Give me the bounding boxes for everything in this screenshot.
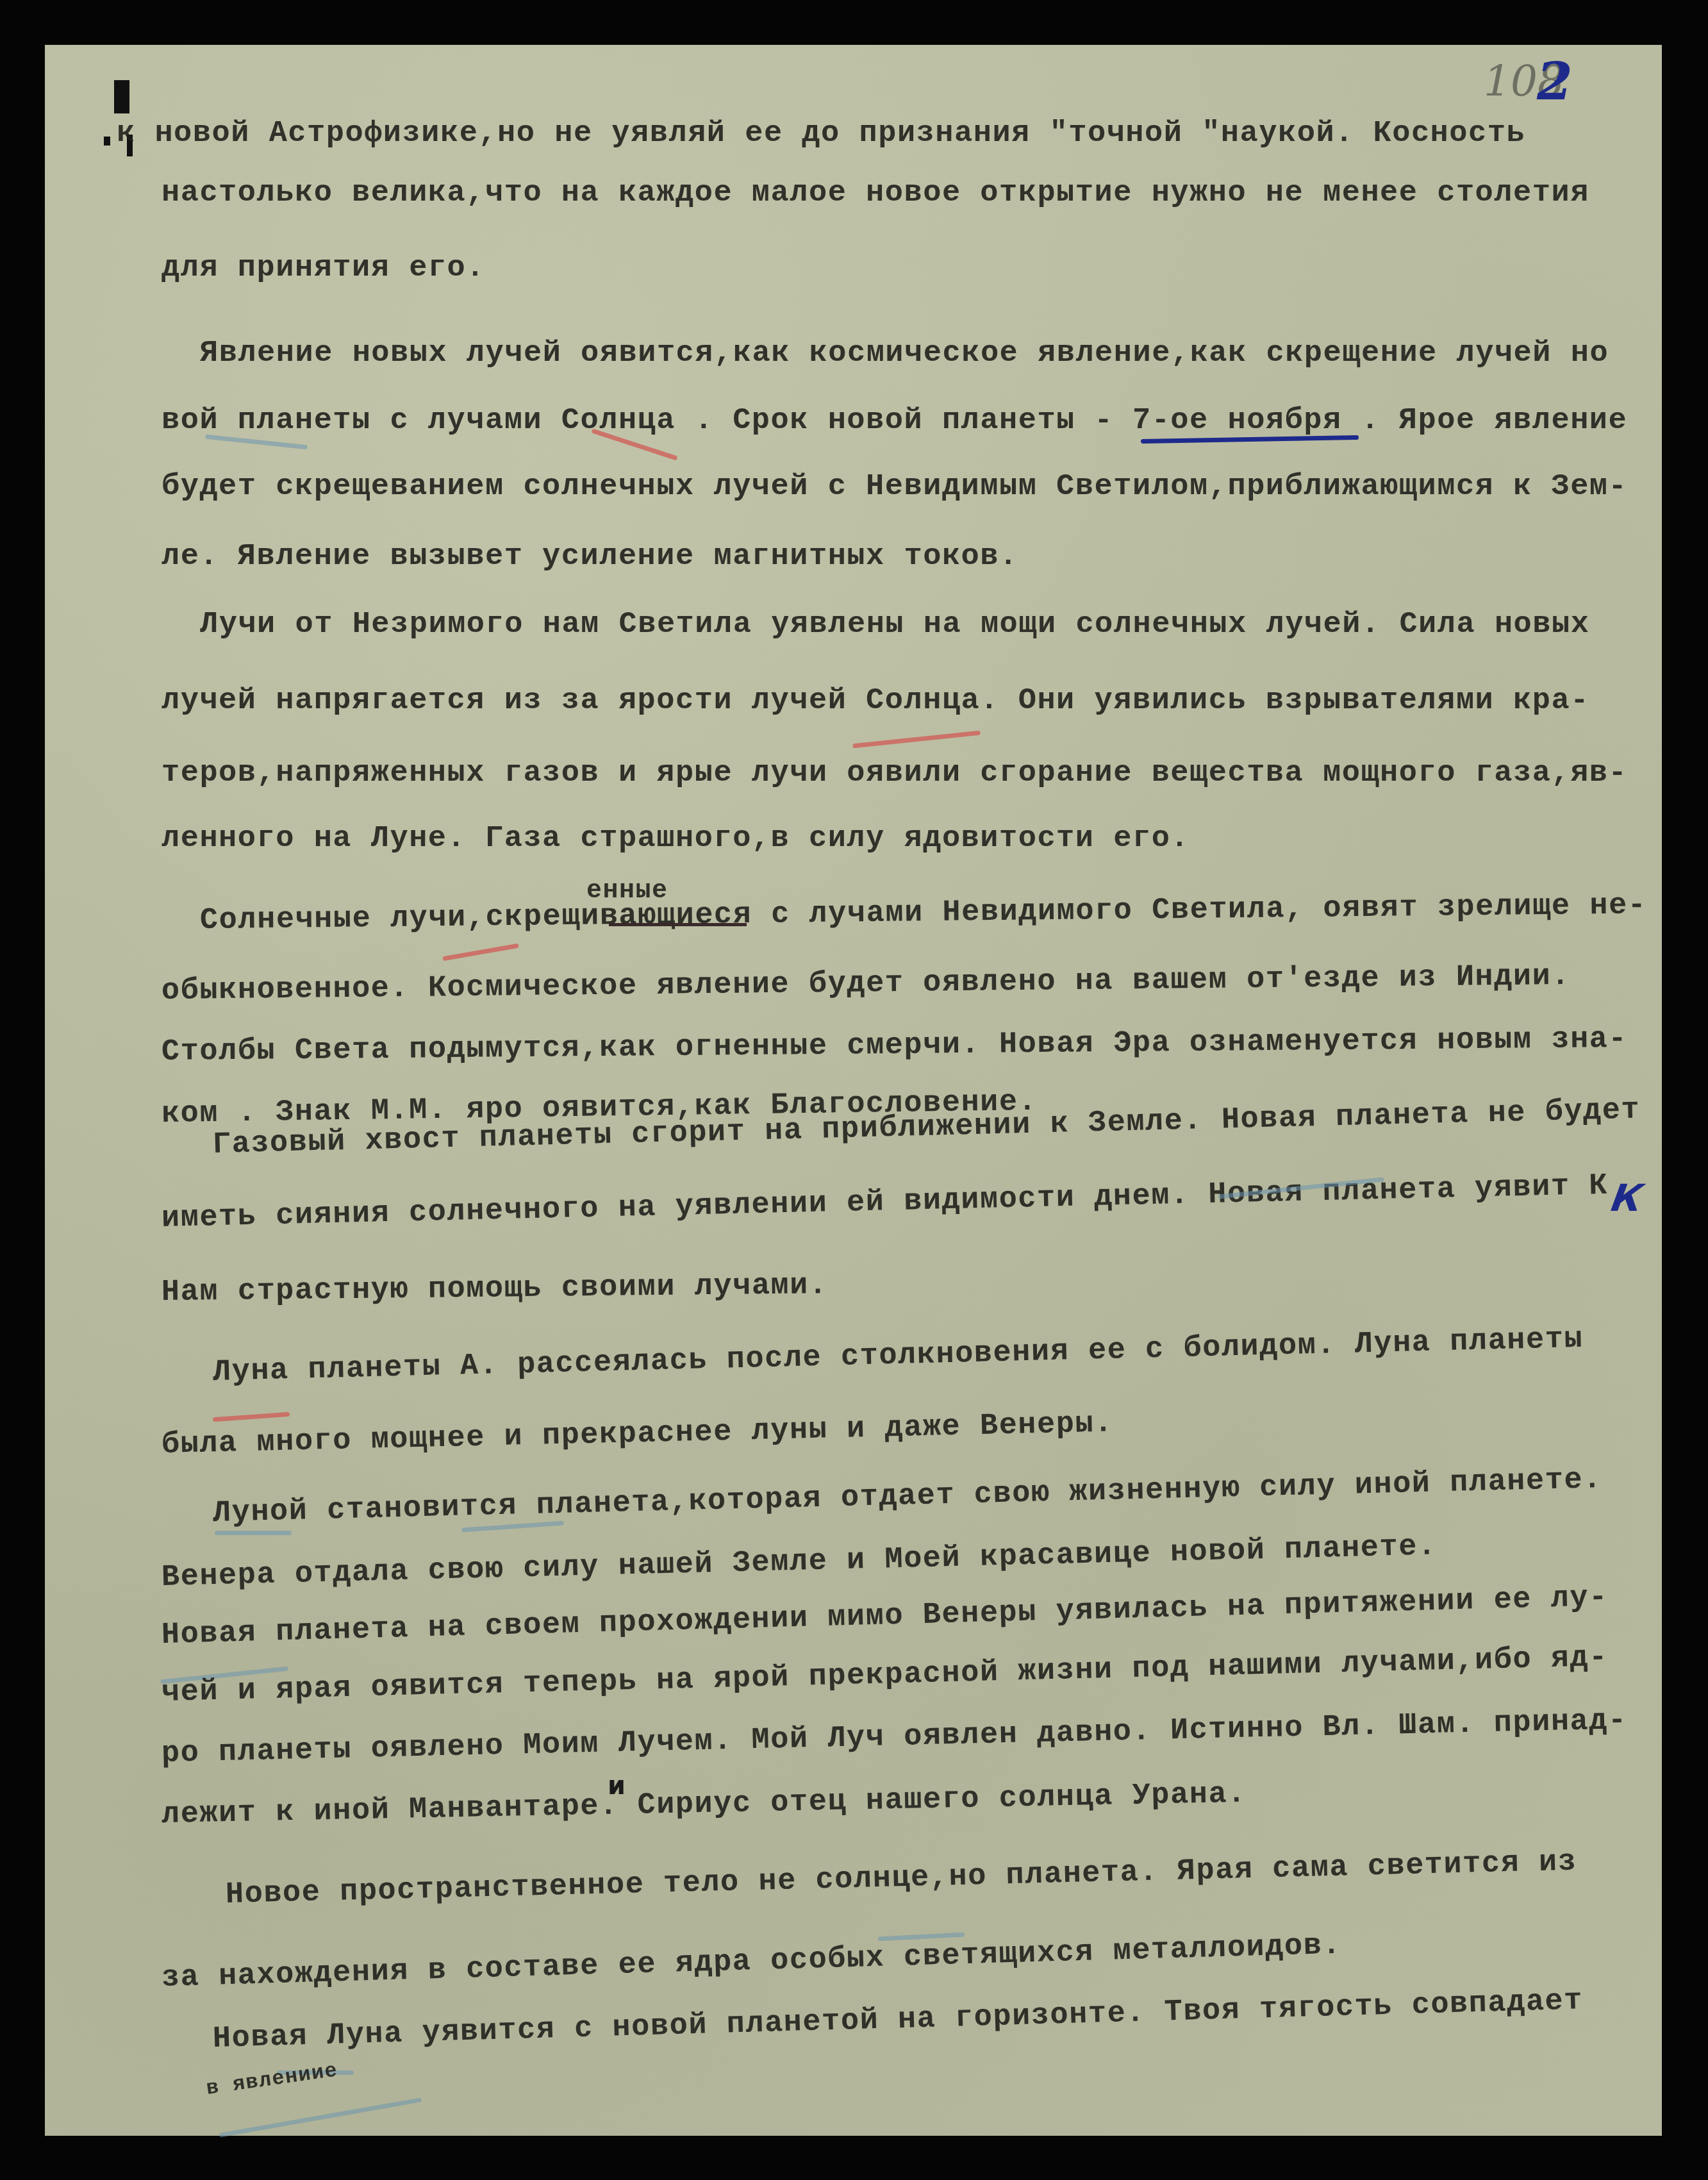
text-line: обыкновенное. Космическое явление будет … [162, 960, 1571, 1008]
text-line: Солнечные лучи,скрещивающиеся с лучами Н… [200, 888, 1647, 938]
text-line: вой планеты с лучами Солнца . Срок новой… [162, 404, 1627, 438]
pencil-underline [215, 1531, 292, 1535]
text-line: теров,напряженных газов и ярые лучи ояви… [162, 756, 1627, 790]
text-line: будет скрещеванием солнечных лучей с Нев… [162, 470, 1627, 504]
pencil-underline [442, 944, 518, 961]
strikethrough [609, 923, 747, 926]
text-line: Венера отдала свою силу нашей Земле и Мо… [161, 1529, 1437, 1595]
punch-mark [114, 80, 129, 113]
text-line: Лучи от Незримого нам Светила уявлены на… [200, 608, 1589, 642]
text-line: настолько велика,что на каждое малое нов… [162, 176, 1589, 210]
text-line: Новая планета на своем прохождении мимо … [161, 1581, 1608, 1652]
text-line: Луной становится планета,которая отдает … [212, 1463, 1602, 1531]
text-line: ро планеты оявлено Моим Лучем. Мой Луч о… [161, 1704, 1627, 1771]
text-line: для принятия его. [162, 251, 485, 285]
catchword: в явлениие [204, 2058, 339, 2100]
handwritten-margin-mark: К [1604, 1176, 1650, 1220]
text-line: лежит к иной Манвантаре. Сириус отец наш… [161, 1777, 1247, 1832]
text-line: иметь сияния солнечного на уявлении ей в… [161, 1169, 1608, 1236]
punch-mark [104, 137, 110, 146]
handwritten-insertion: и [608, 1771, 626, 1801]
text-line: чей и ярая оявится теперь на ярой прекра… [161, 1641, 1608, 1710]
text-line: Столбы Света подымутся,как огненные смер… [162, 1022, 1628, 1069]
document-page: 108 2 к новой Астрофизике,но не уявляй е… [45, 45, 1662, 2136]
text-line: Луна планеты А. рассеялась после столкно… [212, 1322, 1583, 1390]
text-line: Новая Луна уявится с новой планетой на г… [212, 1984, 1583, 2056]
text-line: Новое пространственное тело не солнце,но… [225, 1845, 1577, 1912]
text-line: за нахождения в составе ее ядра особых с… [161, 1929, 1341, 1995]
pencil-underline [219, 2097, 422, 2137]
text-line: лучей напрягается из за ярости лучей Сол… [162, 684, 1589, 718]
text-line: ле. Явление вызывет усиление магнитных т… [162, 540, 1018, 574]
text-line: ленного на Луне. Газа страшного,в силу я… [162, 822, 1190, 856]
folio-number-ink: 2 [1537, 51, 1573, 112]
text-line: Явление новых лучей оявится,как космичес… [200, 337, 1609, 370]
pencil-underline [852, 731, 981, 749]
text-line: была много мощнее и прекраснее луны и да… [161, 1406, 1113, 1462]
pencil-underline [213, 1412, 290, 1422]
text-line: к новой Астрофизике,но не уявляй ее до п… [117, 117, 1525, 151]
text-line: Нам страстную помощь своими лучами. [162, 1269, 828, 1310]
